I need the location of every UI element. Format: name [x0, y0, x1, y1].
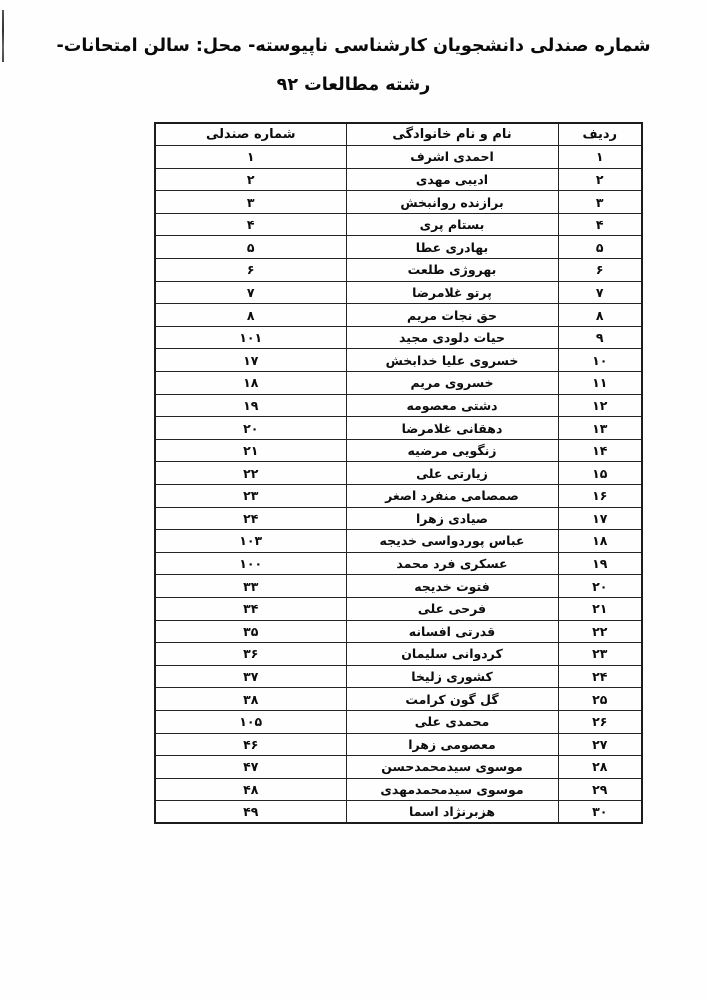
row-number-cell: ۲۸: [558, 756, 642, 779]
seat-number-cell: ۳۳: [155, 575, 346, 598]
row-number-cell: ۲۶: [558, 710, 642, 733]
seating-table-container: ردیف نام و نام خانوادگی شماره صندلی ۱احم…: [154, 122, 643, 824]
seat-number-cell: ۲۲: [155, 462, 346, 485]
table-row: ۳برازنده روانبخش۳: [155, 191, 642, 214]
row-number-cell: ۱۷: [558, 507, 642, 530]
table-row: ۶بهروژی طلعت۶: [155, 259, 642, 282]
seat-number-cell: ۴: [155, 213, 346, 236]
table-row: ۲۸موسوی سیدمحمدحسن۴۷: [155, 756, 642, 779]
full-name-cell: فرحی علی: [346, 597, 558, 620]
table-row: ۲۳کردوانی سلیمان۳۶: [155, 643, 642, 666]
full-name-cell: دهقانی غلامرضا: [346, 417, 558, 440]
seat-number-cell: ۱۰۱: [155, 326, 346, 349]
seat-number-cell: ۳۴: [155, 597, 346, 620]
table-row: ۲۵گل گون کرامت۳۸: [155, 688, 642, 711]
full-name-cell: بهادری عطا: [346, 236, 558, 259]
full-name-cell: صمصامی منفرد اصغر: [346, 485, 558, 508]
table-header-row: ردیف نام و نام خانوادگی شماره صندلی: [155, 123, 642, 146]
seat-number-cell: ۱۰۰: [155, 552, 346, 575]
full-name-cell: زنگویی مرضیه: [346, 439, 558, 462]
row-number-cell: ۱۴: [558, 439, 642, 462]
row-number-cell: ۷: [558, 281, 642, 304]
seat-number-cell: ۶: [155, 259, 346, 282]
seat-number-cell: ۲: [155, 168, 346, 191]
row-number-cell: ۱۱: [558, 372, 642, 395]
seat-number-cell: ۲۱: [155, 439, 346, 462]
full-name-cell: احمدی اشرف: [346, 146, 558, 169]
row-number-cell: ۲۹: [558, 778, 642, 801]
full-name-cell: صیادی زهرا: [346, 507, 558, 530]
row-number-cell: ۲۱: [558, 597, 642, 620]
seat-number-cell: ۱۸: [155, 372, 346, 395]
table-row: ۱احمدی اشرف۱: [155, 146, 642, 169]
full-name-cell: موسوی سیدمحمدمهدی: [346, 778, 558, 801]
table-row: ۲۹موسوی سیدمحمدمهدی۴۸: [155, 778, 642, 801]
full-name-cell: دشتی معصومه: [346, 394, 558, 417]
seat-number-cell: ۱۷: [155, 349, 346, 372]
full-name-cell: بستام پری: [346, 213, 558, 236]
table-row: ۱۵زیارتی علی۲۲: [155, 462, 642, 485]
row-number-cell: ۱: [558, 146, 642, 169]
row-number-cell: ۲۵: [558, 688, 642, 711]
table-row: ۹حیات دلودی مجید۱۰۱: [155, 326, 642, 349]
row-number-cell: ۱۹: [558, 552, 642, 575]
row-number-cell: ۸: [558, 304, 642, 327]
row-number-cell: ۱۰: [558, 349, 642, 372]
table-row: ۷پرتو غلامرضا۷: [155, 281, 642, 304]
row-number-cell: ۲۴: [558, 665, 642, 688]
full-name-cell: حیات دلودی مجید: [346, 326, 558, 349]
full-name-cell: موسوی سیدمحمدحسن: [346, 756, 558, 779]
seating-table: ردیف نام و نام خانوادگی شماره صندلی ۱احم…: [154, 122, 643, 824]
seat-number-cell: ۲۳: [155, 485, 346, 508]
row-number-cell: ۱۸: [558, 530, 642, 553]
table-row: ۱۴زنگویی مرضیه۲۱: [155, 439, 642, 462]
row-number-cell: ۳۰: [558, 801, 642, 824]
full-name-cell: محمدی علی: [346, 710, 558, 733]
full-name-cell: عباس پوردواسی خدیجه: [346, 530, 558, 553]
seat-number-cell: ۳۷: [155, 665, 346, 688]
full-name-cell: کردوانی سلیمان: [346, 643, 558, 666]
table-row: ۲۴کشوری زلیخا۳۷: [155, 665, 642, 688]
row-number-cell: ۱۲: [558, 394, 642, 417]
full-name-cell: خسروی علیا خدابخش: [346, 349, 558, 372]
table-row: ۲۰فتوت خدیجه۳۳: [155, 575, 642, 598]
table-row: ۱۰خسروی علیا خدابخش۱۷: [155, 349, 642, 372]
row-number-cell: ۵: [558, 236, 642, 259]
seat-number-cell: ۸: [155, 304, 346, 327]
table-row: ۴بستام پری۴: [155, 213, 642, 236]
table-row: ۸حق نجات مریم۸: [155, 304, 642, 327]
document-page: شماره صندلی دانشجویان کارشناسی ناپیوسته-…: [0, 0, 707, 1000]
row-number-cell: ۱۳: [558, 417, 642, 440]
row-number-cell: ۲۷: [558, 733, 642, 756]
header-seat-number: شماره صندلی: [155, 123, 346, 146]
table-row: ۲۷معصومی زهرا۴۶: [155, 733, 642, 756]
document-title: شماره صندلی دانشجویان کارشناسی ناپیوسته-…: [0, 34, 707, 97]
table-row: ۲۶محمدی علی۱۰۵: [155, 710, 642, 733]
seat-number-cell: ۴۹: [155, 801, 346, 824]
table-row: ۲۲قدرتی افسانه۳۵: [155, 620, 642, 643]
row-number-cell: ۲: [558, 168, 642, 191]
title-line-2: رشته مطالعات ۹۲: [0, 73, 707, 97]
row-number-cell: ۲۲: [558, 620, 642, 643]
table-row: ۵بهادری عطا۵: [155, 236, 642, 259]
title-line-1: شماره صندلی دانشجویان کارشناسی ناپیوسته-…: [0, 34, 707, 58]
full-name-cell: هزبرنژاد اسما: [346, 801, 558, 824]
table-row: ۱۷صیادی زهرا۲۴: [155, 507, 642, 530]
seat-number-cell: ۴۷: [155, 756, 346, 779]
seat-number-cell: ۳۸: [155, 688, 346, 711]
full-name-cell: قدرتی افسانه: [346, 620, 558, 643]
full-name-cell: پرتو غلامرضا: [346, 281, 558, 304]
seat-number-cell: ۲۰: [155, 417, 346, 440]
seat-number-cell: ۲۴: [155, 507, 346, 530]
seat-number-cell: ۳۵: [155, 620, 346, 643]
table-row: ۱۲دشتی معصومه۱۹: [155, 394, 642, 417]
seat-number-cell: ۴۸: [155, 778, 346, 801]
full-name-cell: ادیبی مهدی: [346, 168, 558, 191]
table-row: ۱۱خسروی مریم۱۸: [155, 372, 642, 395]
row-number-cell: ۳: [558, 191, 642, 214]
seat-number-cell: ۴۶: [155, 733, 346, 756]
seat-number-cell: ۱۹: [155, 394, 346, 417]
row-number-cell: ۴: [558, 213, 642, 236]
seat-number-cell: ۳۶: [155, 643, 346, 666]
table-row: ۱۸عباس پوردواسی خدیجه۱۰۳: [155, 530, 642, 553]
full-name-cell: فتوت خدیجه: [346, 575, 558, 598]
row-number-cell: ۶: [558, 259, 642, 282]
table-row: ۱۶صمصامی منفرد اصغر۲۳: [155, 485, 642, 508]
row-number-cell: ۹: [558, 326, 642, 349]
full-name-cell: عسکری فرد محمد: [346, 552, 558, 575]
table-row: ۲۱فرحی علی۳۴: [155, 597, 642, 620]
seat-number-cell: ۵: [155, 236, 346, 259]
row-number-cell: ۲۰: [558, 575, 642, 598]
full-name-cell: برازنده روانبخش: [346, 191, 558, 214]
table-row: ۱۹عسکری فرد محمد۱۰۰: [155, 552, 642, 575]
full-name-cell: کشوری زلیخا: [346, 665, 558, 688]
seat-number-cell: ۱: [155, 146, 346, 169]
full-name-cell: حق نجات مریم: [346, 304, 558, 327]
row-number-cell: ۲۳: [558, 643, 642, 666]
header-full-name: نام و نام خانوادگی: [346, 123, 558, 146]
full-name-cell: زیارتی علی: [346, 462, 558, 485]
full-name-cell: بهروژی طلعت: [346, 259, 558, 282]
table-row: ۱۳دهقانی غلامرضا۲۰: [155, 417, 642, 440]
header-row-number: ردیف: [558, 123, 642, 146]
table-row: ۳۰هزبرنژاد اسما۴۹: [155, 801, 642, 824]
row-number-cell: ۱۵: [558, 462, 642, 485]
seat-number-cell: ۱۰۵: [155, 710, 346, 733]
seat-number-cell: ۷: [155, 281, 346, 304]
full-name-cell: خسروی مریم: [346, 372, 558, 395]
row-number-cell: ۱۶: [558, 485, 642, 508]
seat-number-cell: ۱۰۳: [155, 530, 346, 553]
full-name-cell: گل گون کرامت: [346, 688, 558, 711]
table-row: ۲ادیبی مهدی۲: [155, 168, 642, 191]
full-name-cell: معصومی زهرا: [346, 733, 558, 756]
seat-number-cell: ۳: [155, 191, 346, 214]
